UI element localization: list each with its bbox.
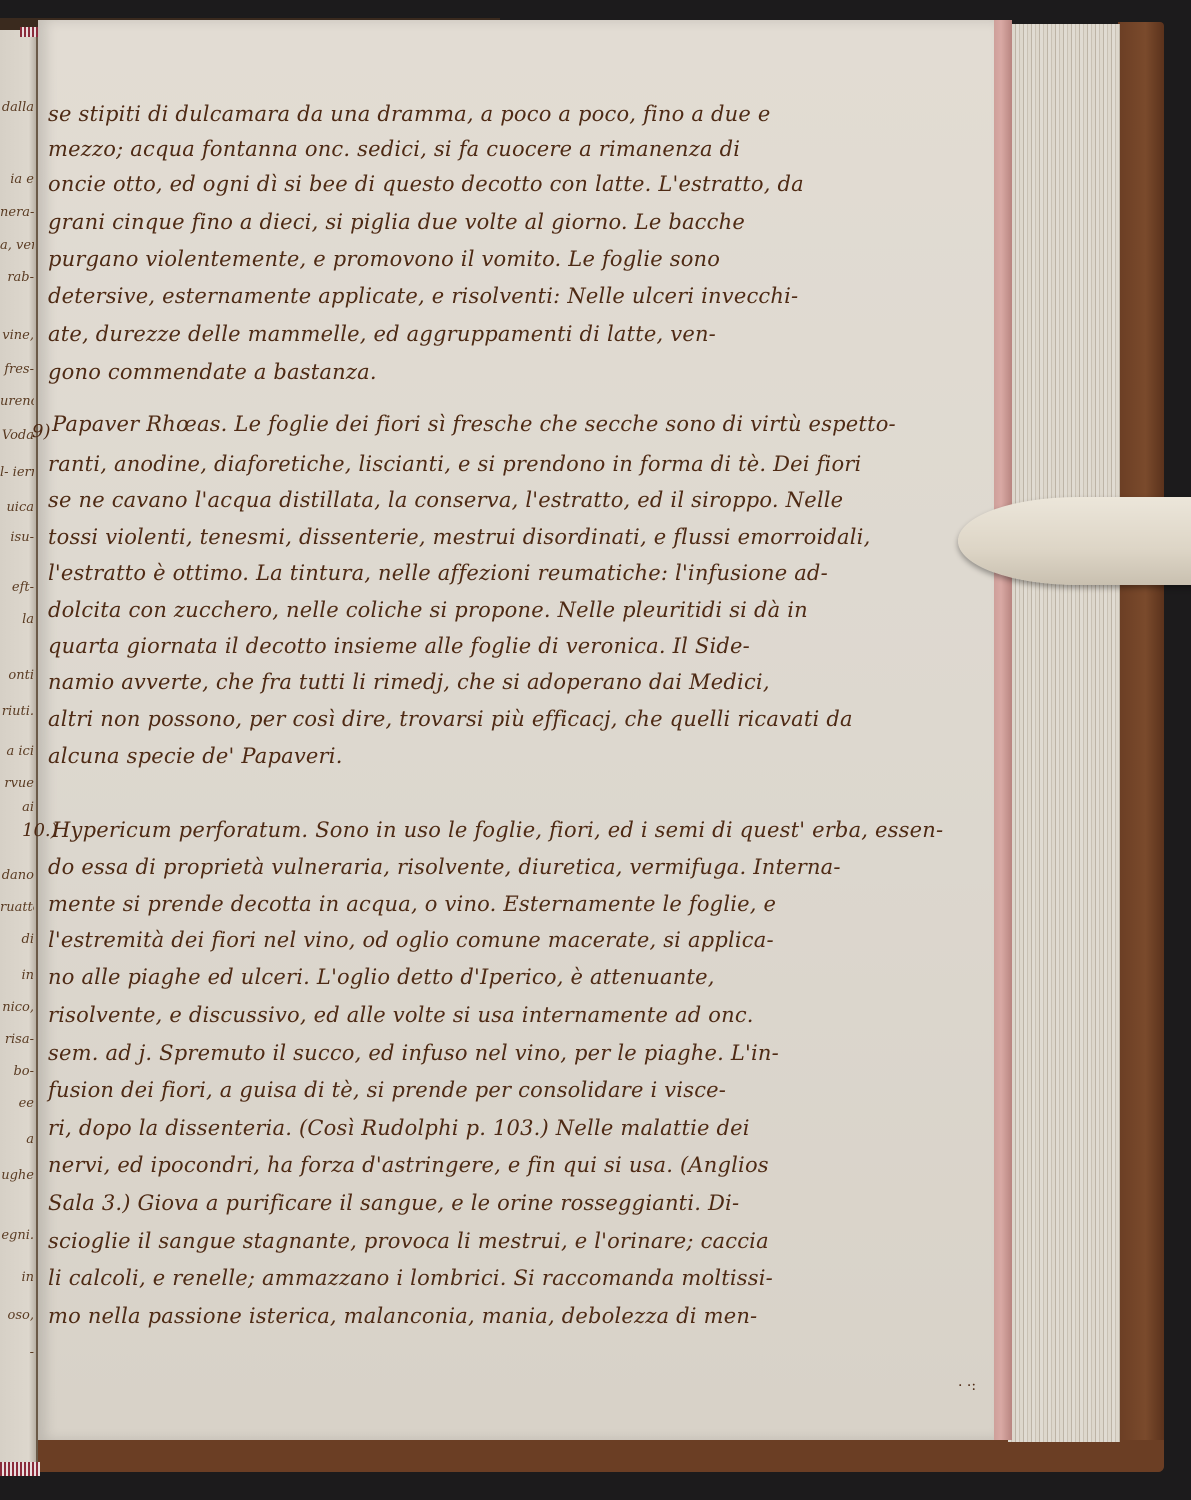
bottom-ink-marks: · ·:	[958, 1378, 976, 1394]
manuscript-line: oncie otto, ed ogni dì si bee di questo …	[48, 172, 804, 196]
manuscript-line: li calcoli, e renelle; ammazzano i lombr…	[48, 1266, 773, 1290]
headband-bottom	[0, 1462, 40, 1476]
left-page-fragment: vine,	[0, 328, 34, 343]
left-page-fragment: nico,	[0, 1000, 34, 1015]
left-page-fragment: fres-	[0, 362, 34, 377]
left-page-fragment: rvue	[0, 776, 34, 791]
left-page-fragment: ruatto	[0, 900, 34, 915]
left-page-fragment: ia e	[0, 172, 34, 187]
manuscript-line: dolcita con zucchero, nelle coliche si p…	[48, 598, 808, 622]
left-page-fragment: ee	[0, 1096, 34, 1111]
left-page-fragment: uica	[0, 500, 34, 515]
manuscript-line: gono commendate a bastanza.	[48, 360, 377, 384]
page-block-fore-edge	[1008, 24, 1120, 1442]
left-page-fragment: di	[0, 932, 34, 947]
left-page-fragment: ughe	[0, 1168, 34, 1183]
left-page-fragment: egni.	[0, 1228, 34, 1243]
manuscript-line: no alle piaghe ed ulceri. L'oglio detto …	[48, 965, 715, 989]
left-page-fragment: eft-	[0, 580, 34, 595]
left-page-fragment: -	[0, 1345, 34, 1360]
left-page-fragment: nera-	[0, 205, 34, 220]
manuscript-line: fusion dei fiori, a guisa di tè, si pren…	[48, 1078, 726, 1102]
left-page-fragment: dalla	[0, 100, 34, 115]
leather-cover-right	[1118, 22, 1164, 1472]
headband-top	[20, 27, 38, 37]
left-page-fragment: isu-	[0, 530, 34, 545]
manuscript-line: purgano violentemente, e promovono il vo…	[48, 247, 720, 271]
manuscript-line: Hypericum perforatum. Sono in uso le fog…	[52, 818, 943, 842]
manuscript-line: grani cinque fino a dieci, si piglia due…	[48, 210, 745, 234]
manuscript-line: se stipiti di dulcamara da una dramma, a…	[48, 102, 770, 126]
manuscript-line: ri, dopo la dissenteria. (Così Rudolphi …	[48, 1116, 750, 1140]
manuscript-line: namio avverte, che fra tutti li rimedj, …	[48, 670, 770, 694]
leather-cover-bottom	[30, 1440, 1164, 1472]
manuscript-line: l'estremità dei fiori nel vino, od oglio…	[48, 928, 774, 952]
left-page-fragment: dano	[0, 868, 34, 883]
left-page-gutter: dallaia enera-a, ver.rab-vine,fres-ureno…	[0, 30, 38, 1470]
left-page-fragment: l- ierna	[0, 465, 34, 480]
manuscript-line: tossi violenti, tenesmi, dissenterie, me…	[48, 525, 870, 549]
manuscript-line: detersive, esternamente applicate, e ris…	[48, 284, 798, 308]
entry-number-9: 9)	[32, 421, 50, 442]
manuscript-line: Papaver Rhœas. Le foglie dei fiori sì fr…	[52, 412, 896, 436]
manuscript-line: nervi, ed ipocondri, ha forza d'astringe…	[48, 1153, 769, 1177]
left-page-fragment: ureno	[0, 394, 34, 409]
manuscript-line: quarta giornata il decotto insieme alle …	[48, 634, 750, 658]
manuscript-line: ranti, anodine, diaforetiche, liscianti,…	[48, 452, 861, 476]
manuscript-line: mente si prende decotta in acqua, o vino…	[48, 892, 776, 916]
manuscript-line: Sala 3.) Giova a purificare il sangue, e…	[48, 1191, 739, 1215]
bone-folder-bookmark	[958, 497, 1191, 585]
manuscript-line: altri non possono, per così dire, trovar…	[48, 707, 853, 731]
left-page-fragment: in	[0, 968, 34, 983]
left-page-fragment: riuti.	[0, 704, 34, 719]
left-page-fragment: a ici	[0, 744, 34, 759]
manuscript-line: risolvente, e discussivo, ed alle volte …	[48, 1003, 754, 1027]
left-page-fragment: oso,	[0, 1308, 34, 1323]
manuscript-line: scioglie il sangue stagnante, provoca li…	[48, 1229, 769, 1253]
entry-number-10: 10.)	[22, 820, 58, 841]
manuscript-line: l'estratto è ottimo. La tintura, nelle a…	[48, 561, 828, 585]
left-page-fragment: ai	[0, 800, 34, 815]
left-page-fragment: in	[0, 1270, 34, 1285]
manuscript-line: mo nella passione isterica, malanconia, …	[48, 1304, 757, 1328]
manuscript-line: do essa di proprietà vulneraria, risolve…	[48, 855, 841, 879]
left-page-fragment: a	[0, 1132, 34, 1147]
left-page-fragment: Voda	[0, 428, 34, 443]
manuscript-line: mezzo; acqua fontanna onc. sedici, si fa…	[48, 137, 740, 161]
left-page-fragment: risa-	[0, 1032, 34, 1047]
left-page-fragment: rab-	[0, 270, 34, 285]
left-page-fragment: bo-	[0, 1064, 34, 1079]
left-page-fragment: a, ver.	[0, 238, 34, 253]
manuscript-line: sem. ad j. Spremuto il succo, ed infuso …	[48, 1041, 779, 1065]
manuscript-line: se ne cavano l'acqua distillata, la cons…	[48, 488, 843, 512]
left-page-fragment: la	[0, 612, 34, 627]
manuscript-line: alcuna specie de' Papaveri.	[48, 744, 343, 768]
left-page-fragment: onti	[0, 668, 34, 683]
manuscript-page: se stipiti di dulcamara da una dramma, a…	[38, 20, 994, 1440]
manuscript-line: ate, durezze delle mammelle, ed aggruppa…	[48, 322, 716, 346]
